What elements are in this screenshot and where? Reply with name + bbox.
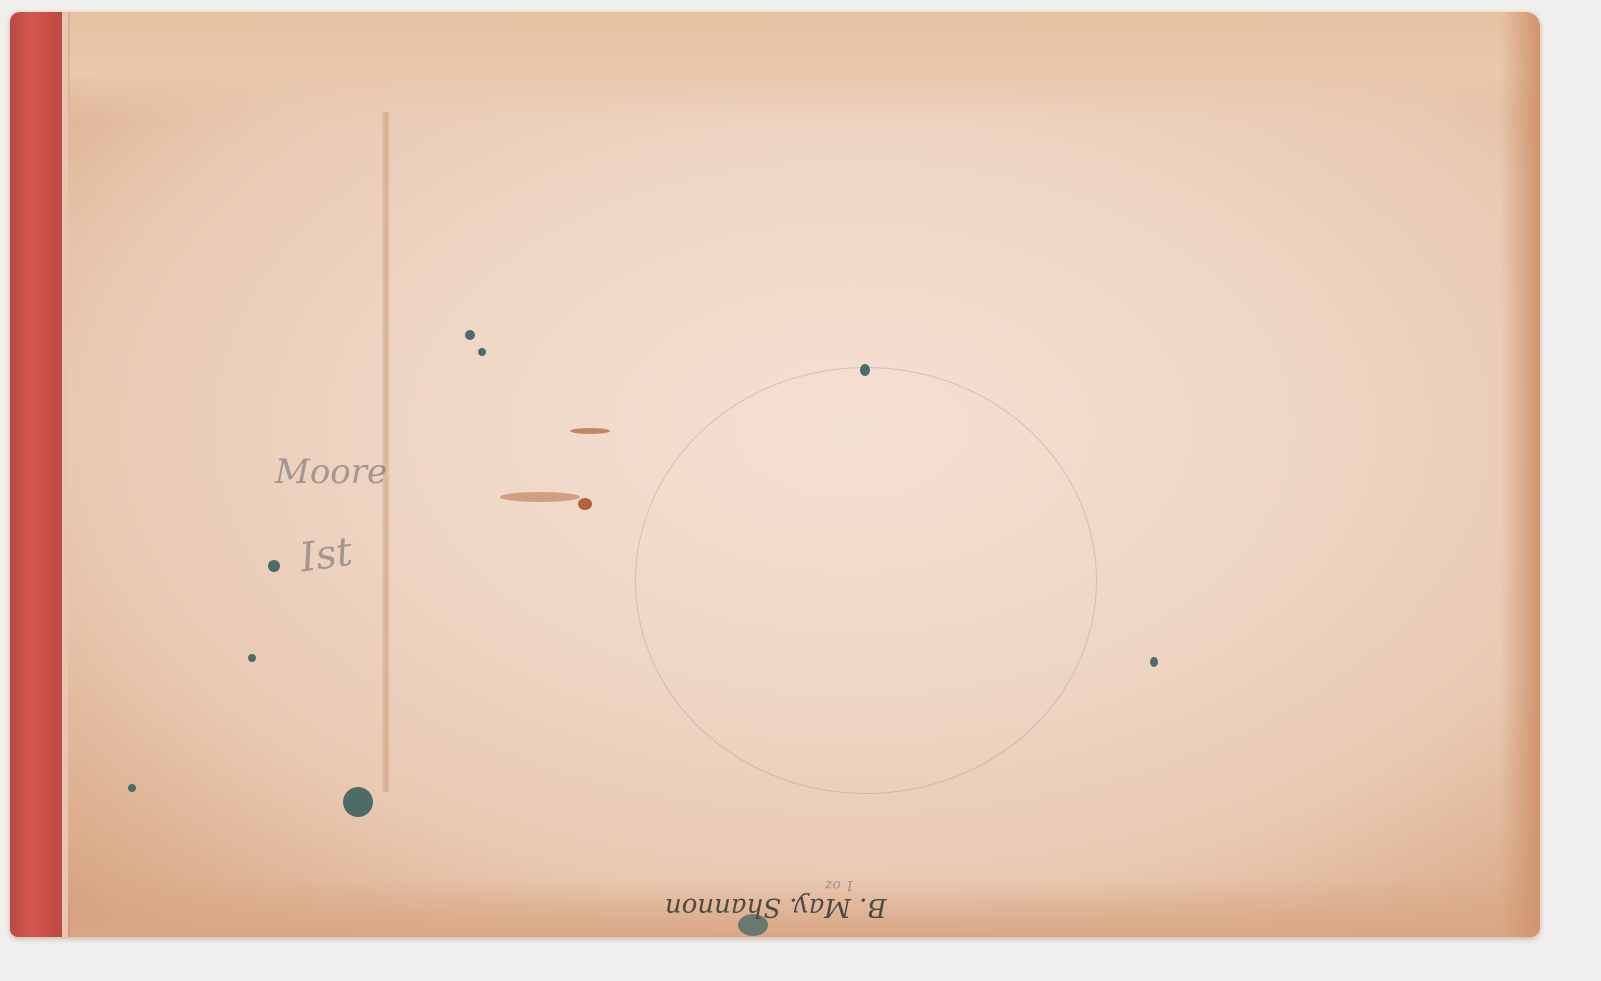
handwritten-inscription: B. May. Shannon [665, 892, 886, 922]
ink-spot [465, 330, 475, 340]
ink-spot [268, 560, 280, 572]
notebook-cover: Moore Ist 1 oz B. May. Shannon [10, 12, 1540, 937]
brown-drip-streak [500, 492, 580, 502]
ink-spot [860, 364, 870, 376]
ink-spot [478, 348, 486, 356]
spine-edge [62, 12, 68, 937]
ink-spot [248, 654, 256, 662]
pencil-writing-left: Moore [275, 452, 387, 492]
pencil-writing-left-2: Ist [297, 529, 355, 582]
water-stain-right [1500, 12, 1540, 937]
pencil-ellipse [635, 367, 1097, 794]
red-spine [10, 12, 65, 937]
ink-spot [1150, 657, 1158, 667]
ink-spot [128, 784, 136, 792]
water-stain-top [70, 12, 1540, 122]
pencil-note-small: 1 oz [825, 877, 854, 893]
brown-drip [578, 498, 592, 510]
brown-drip [570, 428, 610, 434]
ink-spot-large [343, 787, 373, 817]
